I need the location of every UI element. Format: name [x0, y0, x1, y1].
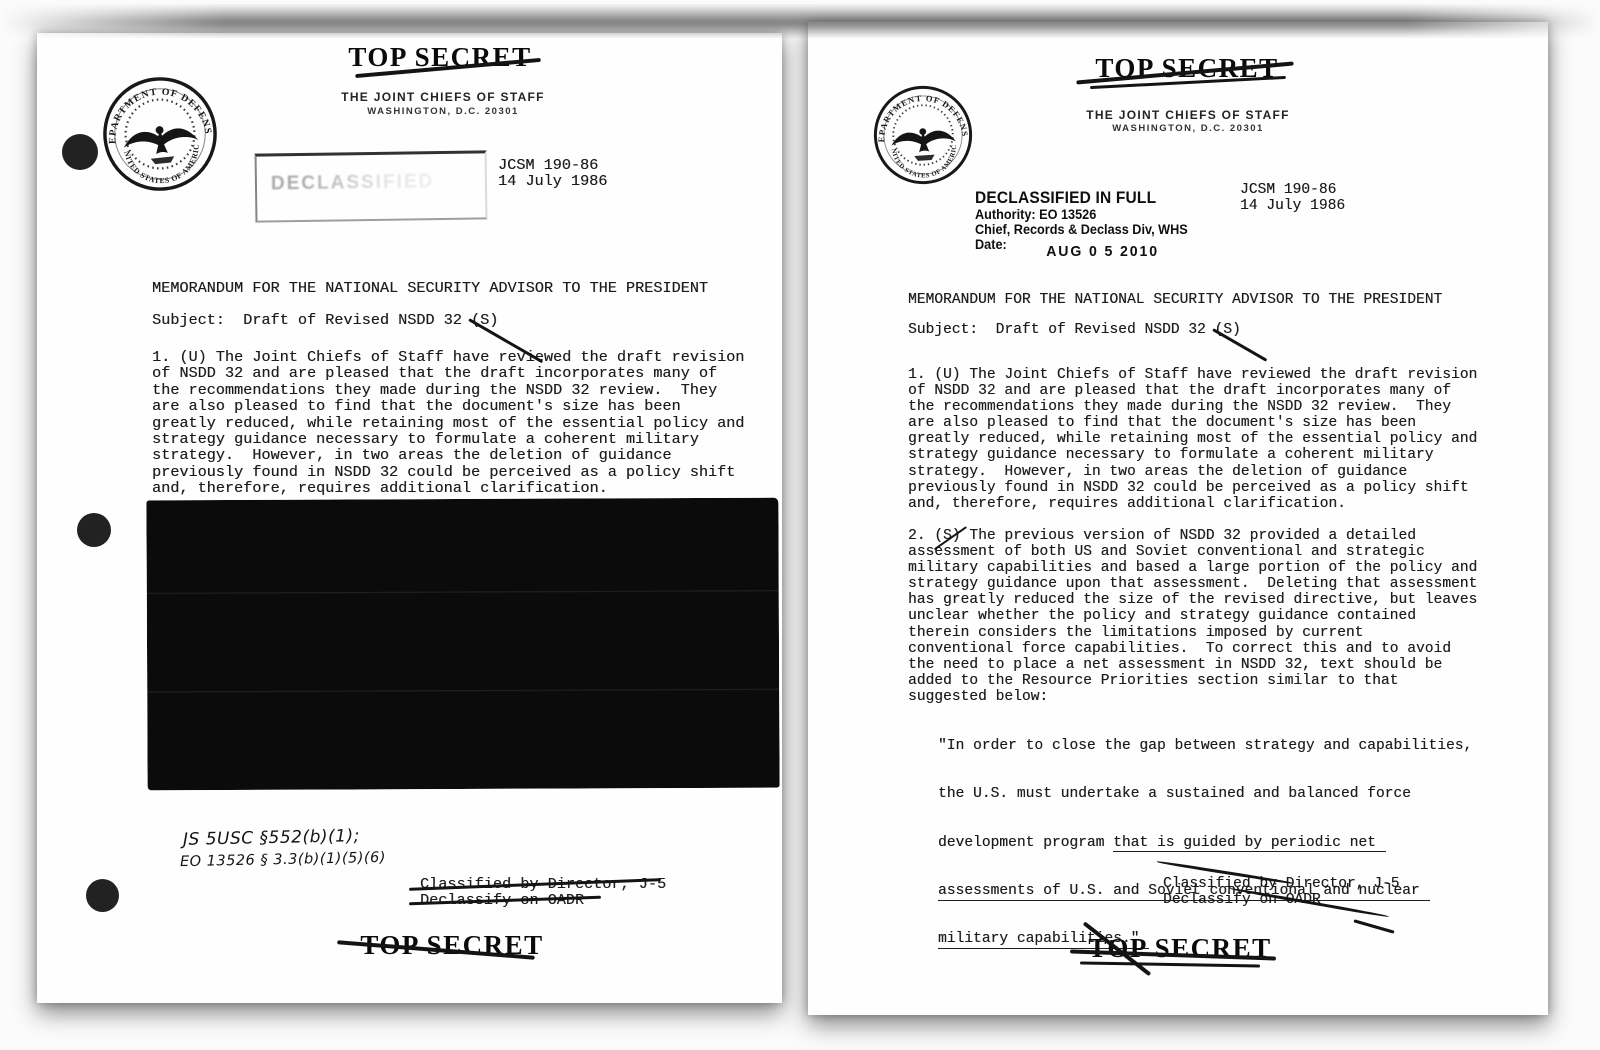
paragraph-2-body: The previous version of NSDD 32 provided… — [908, 528, 1477, 705]
seal-arc-top-text: DEPARTMENT OF DEFENSE — [869, 81, 971, 144]
quote-line: "In order to close the gap between strat… — [938, 738, 1472, 754]
punch-hole — [62, 134, 98, 170]
quote-line: the U.S. must undertake a sustained and … — [938, 786, 1472, 802]
svg-text:DEPARTMENT OF DEFENSE: DEPARTMENT OF DEFENSE — [869, 81, 971, 144]
faded-declassified-stamp: DECLASSIFIED — [255, 150, 488, 222]
faded-stamp-text: DECLASSIFIED — [257, 153, 486, 195]
page-2: DEPARTMENT OF DEFENSE UNITED STATES OF A… — [808, 22, 1548, 1015]
subject-line: Subject: Draft of Revised NSDD 32 (S) — [908, 322, 1241, 338]
stamp-line-3: Chief, Records & Declass Div, WHS — [975, 222, 1188, 237]
document-date: 14 July 1986 — [498, 173, 607, 189]
document-scan: DEPARTMENT OF DEFENSE UNITED STATES OF A… — [0, 0, 1600, 1050]
handwritten-exemption-note-1: JS 5USC §552(b)(1); — [183, 826, 360, 850]
memo-heading: MEMORANDUM FOR THE NATIONAL SECURITY ADV… — [152, 280, 708, 296]
declassified-in-full-stamp: DECLASSIFIED IN FULL Authority: EO 13526… — [975, 190, 1188, 252]
letterhead-org: THE JOINT CHIEFS OF STAFF — [293, 90, 593, 104]
paragraph-2-classification-marking: (S) — [934, 528, 960, 544]
subject-text: Subject: Draft of Revised NSDD 32 — [152, 311, 471, 329]
paragraph-1: 1. (U) The Joint Chiefs of Staff have re… — [908, 367, 1477, 512]
document-id-block: JCSM 190-8614 July 1986 — [1240, 182, 1345, 214]
declassify-on-line: Declassify on OADR — [1163, 892, 1399, 908]
subject-text: Subject: Draft of Revised NSDD 32 — [908, 322, 1215, 338]
memo-heading: MEMORANDUM FOR THE NATIONAL SECURITY ADV… — [908, 292, 1442, 308]
subject-line: Subject: Draft of Revised NSDD 32 (S) — [152, 312, 498, 328]
letterhead-address: WASHINGTON, D.C. 20301 — [1038, 123, 1338, 134]
quote-underlined-text: that is guided by periodic net — [1113, 835, 1386, 853]
dod-seal: DEPARTMENT OF DEFENSE UNITED STATES OF A… — [869, 81, 978, 190]
quote-text: development program — [938, 835, 1113, 851]
stamp-line-1: DECLASSIFIED IN FULL — [975, 190, 1188, 207]
punch-hole — [77, 513, 111, 547]
paragraph-1: 1. (U) The Joint Chiefs of Staff have re… — [152, 349, 744, 497]
quote-line: development program that is guided by pe… — [938, 835, 1472, 851]
paragraph-2-number: 2. — [908, 528, 934, 544]
letterhead-org: THE JOINT CHIEFS OF STAFF — [1038, 108, 1338, 122]
handwritten-exemption-note-2: EO 13526 § 3.3(b)(1)(5)(6) — [180, 850, 386, 870]
dod-seal: DEPARTMENT OF DEFENSE UNITED STATES OF A… — [95, 69, 225, 199]
stamp-date-row: Date:AUG 0 5 2010 — [975, 237, 1188, 252]
stamp-date-value: AUG 0 5 2010 — [1046, 244, 1159, 259]
page-1: DEPARTMENT OF DEFENSE UNITED STATES OF A… — [37, 33, 782, 1003]
document-number: JCSM 190-86 — [498, 157, 607, 173]
classified-by-line: Classified by Director, J-5 — [1163, 876, 1399, 892]
stamp-line-2: Authority: EO 13526 — [975, 207, 1188, 222]
document-number: JCSM 190-86 — [1240, 182, 1345, 198]
document-id-block: JCSM 190-8614 July 1986 — [498, 157, 607, 190]
letterhead-address: WASHINGTON, D.C. 20301 — [293, 106, 593, 117]
seal-eagle-icon — [890, 126, 957, 163]
document-date: 14 July 1986 — [1240, 198, 1345, 214]
paragraph-2: 2. (S) The previous version of NSDD 32 p… — [908, 528, 1477, 705]
stamp-date-label: Date: — [975, 237, 1007, 252]
punch-hole — [86, 879, 119, 912]
redaction-block — [146, 498, 779, 791]
